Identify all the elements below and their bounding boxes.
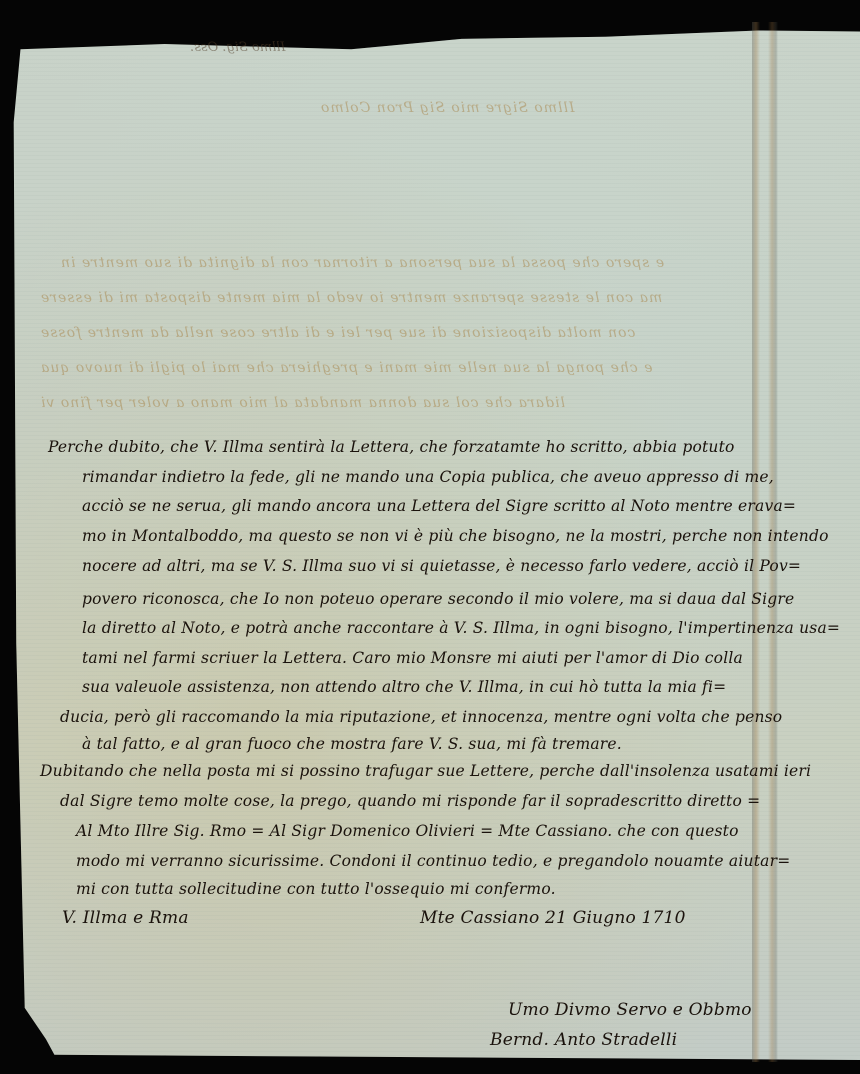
letter-line: Perche dubito, che V. Illma sentirà la L… <box>48 438 735 456</box>
bleed-through-text: ma con le stesse speranze mentre io vedo… <box>40 290 662 306</box>
letter-line: sua valeuole assistenza, non attendo alt… <box>82 678 726 696</box>
letter-line: ducia, però gli raccomando la mia riputa… <box>60 708 782 726</box>
letter-line: tami nel farmi scriuer la Lettera. Caro … <box>82 649 743 667</box>
signature: Bernd. Anto Stradelli <box>490 1030 677 1050</box>
letter-line: mi con tutta sollecitudine con tutto l'o… <box>76 880 556 898</box>
letter-line: la diretto al Noto, e potrà anche raccon… <box>82 619 840 637</box>
bleed-through-text: Illmo Sigre mio Sig Pron Colmo <box>320 100 575 116</box>
bleed-through-text: con molta disposizione di sue per lei e … <box>40 325 635 341</box>
letter-line: à tal fatto, e al gran fuoco che mostra … <box>82 735 622 753</box>
letter-line: Dubitando che nella posta mi si possino … <box>40 762 811 780</box>
letter-line: nocere ad altri, ma se V. S. Illma suo v… <box>82 557 801 575</box>
letter-line: mo in Montalboddo, ma questo se non vi è… <box>82 527 829 545</box>
bleed-through-text: lidara che col sua donna mandata al mio … <box>40 395 565 411</box>
bleed-through-text: e che ponga la sua nelle mie mani e preg… <box>40 360 653 376</box>
letter-line: rimandar indietro la fede, gli ne mando … <box>82 468 774 486</box>
letter-line: Al Mto Illre Sig. Rmo = Al Sigr Domenico… <box>76 822 739 840</box>
salutation: V. Illma e Rma <box>62 908 189 928</box>
letter-line: acciò se ne serua, gli mando ancora una … <box>82 497 796 515</box>
letter-line: modo mi verranno sicurissime. Condoni il… <box>76 852 790 870</box>
bleed-through-text: e spero che possa la sua persona a ritor… <box>60 255 664 271</box>
letter-line: dal Sigre temo molte cose, la prego, qua… <box>60 792 760 810</box>
letter-line: povero riconosca, che Io non poteuo oper… <box>82 590 794 608</box>
top-faint-note: Illmo Sig. Oss. <box>190 40 286 55</box>
closing-line: Umo Divmo Servo e Obbmo <box>508 1000 752 1020</box>
place-date: Mte Cassiano 21 Giugno 1710 <box>420 908 686 928</box>
